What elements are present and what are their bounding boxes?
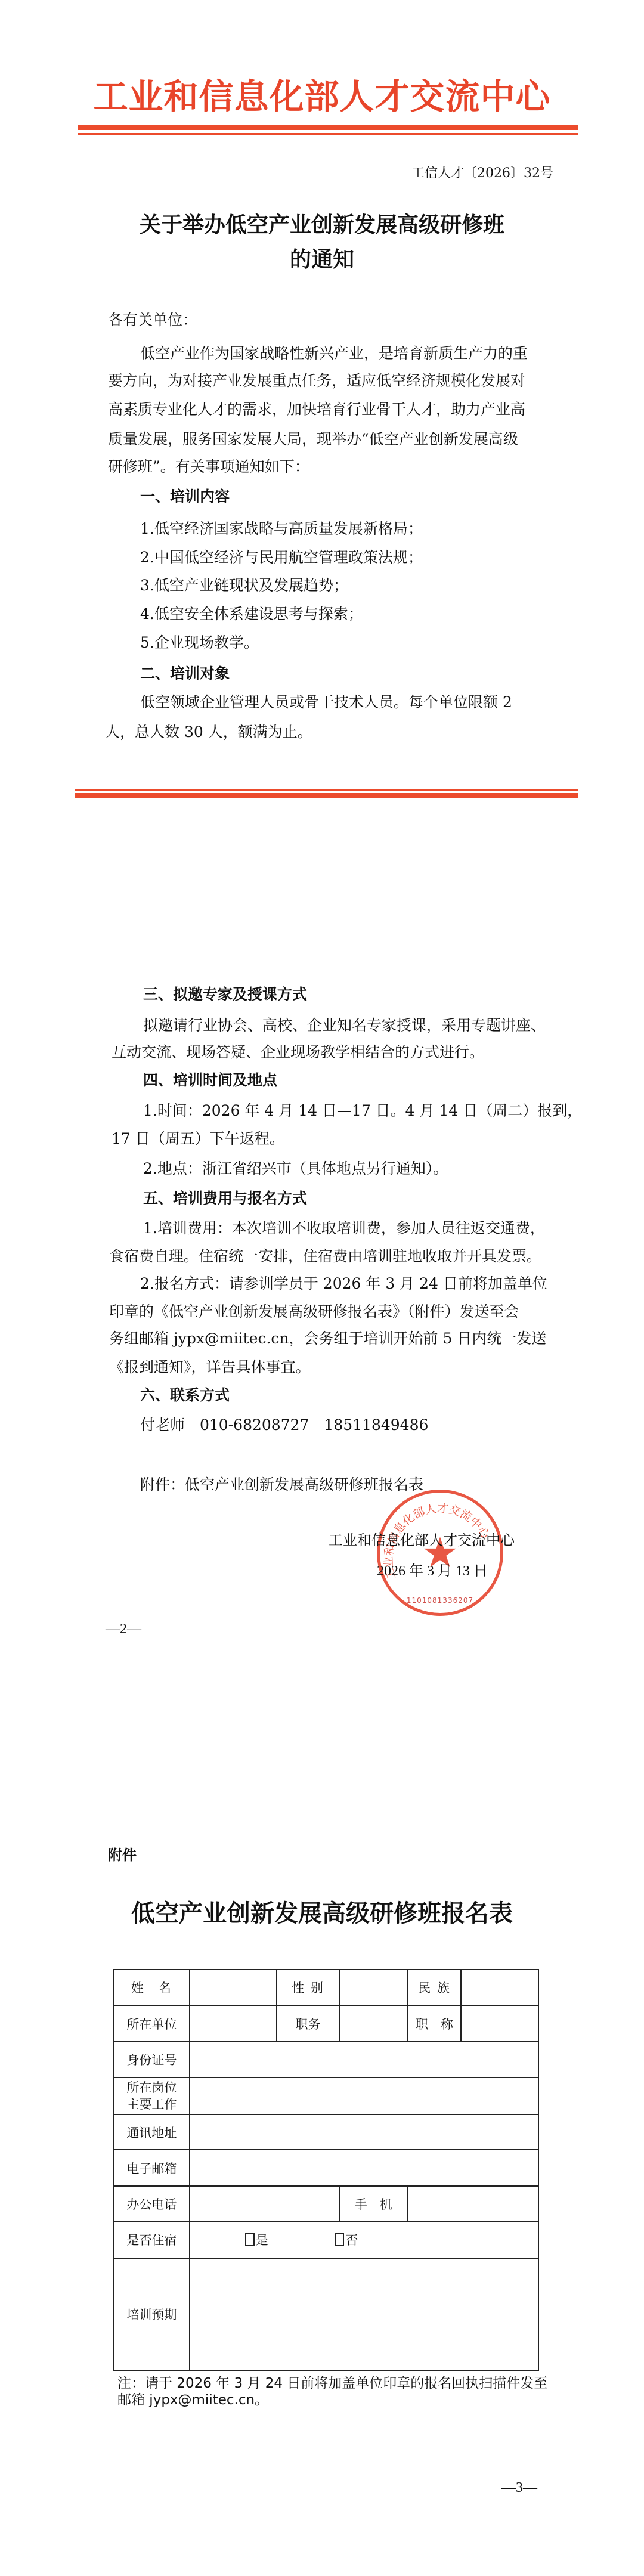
- section-heading-fees: 五、培训费用与报名方式: [143, 1190, 307, 1207]
- content-item: 1.低空经济国家战略与高质量发展新格局；: [140, 520, 423, 538]
- form-note-line2: 邮箱 jypx@miitec.cn。: [117, 2391, 268, 2409]
- letterhead-thin-rule: [78, 133, 578, 135]
- field-position[interactable]: [339, 2005, 408, 2042]
- footer-thick-rule: [75, 793, 578, 798]
- field-office-phone[interactable]: [190, 2186, 339, 2221]
- time-place-line: 17 日（周五）下午返程。: [112, 1130, 284, 1148]
- section-heading-contact: 六、联系方式: [140, 1386, 230, 1404]
- label-id-number: 身份证号: [114, 2042, 190, 2077]
- official-seal: 工业和信息化部人才交流中心 ★ 1101081336207: [377, 1490, 503, 1616]
- field-expectations[interactable]: [190, 2258, 538, 2370]
- fees-line: 务组邮箱 jypx@miitec.cn，会务组于培训开始前 5 日内统一发送: [109, 1330, 546, 1348]
- fees-line: 2.报名方式：请参训学员于 2026 年 3 月 24 日前将加盖单位: [140, 1275, 547, 1293]
- label-title: 职 称: [408, 2005, 462, 2042]
- label-job-duties-line2: 主要工作: [114, 2096, 189, 2113]
- lodging-no-label: 否: [345, 2233, 358, 2247]
- content-item: 4.低空安全体系建设思考与探索；: [140, 605, 363, 623]
- document-title-line2: 的通知: [0, 247, 644, 271]
- label-job-duties: 所在岗位 主要工作: [114, 2077, 190, 2114]
- salutation: 各有关单位：: [108, 311, 197, 329]
- content-item: 5.企业现场教学。: [140, 634, 259, 652]
- field-job-duties[interactable]: [190, 2077, 538, 2114]
- section-heading-audience: 二、培训对象: [140, 665, 230, 683]
- registration-form: 姓 名 性 别 民 族 所在单位 职务 职 称 身份证号 所在岗位 主要工作 通…: [113, 1969, 539, 2371]
- signature-org: 工业和信息化部人才交流中心: [329, 1531, 515, 1549]
- field-title[interactable]: [461, 2005, 538, 2042]
- label-gender: 性 别: [277, 1970, 339, 2005]
- intro-line: 研修班”。有关事项通知如下：: [108, 458, 309, 476]
- label-expectations: 培训预期: [114, 2258, 190, 2370]
- lodging-yes-label: 是: [256, 2233, 268, 2247]
- field-employer[interactable]: [190, 2005, 277, 2042]
- section-heading-experts: 三、拟邀专家及授课方式: [143, 986, 307, 1004]
- page-number-3: —3—: [501, 2479, 537, 2496]
- attachment-reference: 附件：低空产业创新发展高级研修班报名表: [140, 1476, 423, 1494]
- document-number: 工信人才〔2026〕32号: [411, 166, 553, 181]
- label-ethnicity: 民 族: [408, 1970, 462, 2005]
- field-mobile[interactable]: [408, 2186, 538, 2221]
- field-email[interactable]: [190, 2150, 538, 2186]
- field-ethnicity[interactable]: [461, 1970, 538, 2005]
- fees-line: 《报到通知》，详告具体事宜。: [109, 1358, 311, 1376]
- checkbox-icon[interactable]: [245, 2233, 255, 2246]
- experts-line: 互动交流、现场答疑、企业现场教学相结合的方式进行。: [112, 1044, 484, 1061]
- contact-info: 付老师 010-68208727 18511849486: [140, 1416, 428, 1434]
- footer-thin-rule: [75, 789, 578, 791]
- seal-code: 1101081336207: [380, 1596, 500, 1605]
- attachment-label: 附件: [108, 1846, 137, 1864]
- time-place-line: 1.时间：2026 年 4 月 14 日—17 日。4 月 14 日（周二）报到…: [143, 1102, 582, 1120]
- section-heading-time-place: 四、培训时间及地点: [143, 1072, 277, 1089]
- signature-date: 2026 年 3 月 13 日: [377, 1562, 488, 1580]
- label-name: 姓 名: [114, 1970, 190, 2005]
- form-note-line1: 注：请于 2026 年 3 月 24 日前将加盖单位印章的报名回执扫描件发至: [117, 2374, 547, 2392]
- intro-line: 要方向，为对接产业发展重点任务，适应低空经济规模化发展对: [108, 372, 525, 390]
- label-mobile: 手 机: [339, 2186, 408, 2221]
- field-address[interactable]: [190, 2114, 538, 2150]
- page-number-2: —2—: [106, 1621, 141, 1637]
- label-email: 电子邮箱: [114, 2150, 190, 2186]
- intro-line: 质量发展，服务国家发展大局，现举办“低空产业创新发展高级: [108, 431, 518, 448]
- lodging-yes-option[interactable]: 是: [245, 2231, 268, 2249]
- label-office-phone: 办公电话: [114, 2186, 190, 2221]
- field-gender[interactable]: [339, 1970, 408, 2005]
- label-lodging: 是否住宿: [114, 2221, 190, 2258]
- field-name[interactable]: [190, 1970, 277, 2005]
- fees-line: 印章的《低空产业创新发展高级研修报名表》（附件）发送至会: [109, 1303, 519, 1321]
- fees-line: 1.培训费用：本次培训不收取培训费，参加人员往返交通费，: [143, 1219, 545, 1237]
- label-job-duties-line1: 所在岗位: [114, 2079, 189, 2096]
- form-title: 低空产业创新发展高级研修班报名表: [0, 1901, 644, 1926]
- checkbox-icon[interactable]: [335, 2233, 344, 2246]
- label-employer: 所在单位: [114, 2005, 190, 2042]
- fees-line: 食宿费自理。住宿统一安排，住宿费由培训驻地收取并开具发票。: [109, 1247, 541, 1265]
- time-place-line: 2.地点：浙江省绍兴市（具体地点另行通知）。: [143, 1160, 448, 1178]
- label-address: 通讯地址: [114, 2114, 190, 2150]
- content-item: 3.低空产业链现状及发展趋势；: [140, 577, 348, 595]
- audience-line: 低空领域企业管理人员或骨干技术人员。每个单位限额 2: [140, 693, 512, 711]
- audience-line: 人，总人数 30 人，额满为止。: [105, 723, 312, 741]
- label-position: 职务: [277, 2005, 339, 2042]
- intro-line: 低空产业作为国家战略性新兴产业，是培育新质生产力的重: [140, 345, 528, 363]
- intro-line: 高素质专业化人才的需求，加快培育行业骨干人才，助力产业高: [108, 401, 525, 419]
- section-heading-content: 一、培训内容: [140, 488, 230, 506]
- field-id-number[interactable]: [190, 2042, 538, 2077]
- content-item: 2.中国低空经济与民用航空管理政策法规；: [140, 549, 423, 566]
- experts-line: 拟邀请行业协会、高校、企业知名专家授课，采用专题讲座、: [143, 1017, 546, 1035]
- document-title-line1: 关于举办低空产业创新发展高级研修班: [0, 213, 644, 237]
- letterhead-thick-rule: [78, 125, 578, 130]
- letterhead-org-name: 工业和信息化部人才交流中心: [0, 79, 644, 114]
- field-lodging: 是 否: [190, 2221, 538, 2258]
- lodging-no-option[interactable]: 否: [335, 2231, 358, 2249]
